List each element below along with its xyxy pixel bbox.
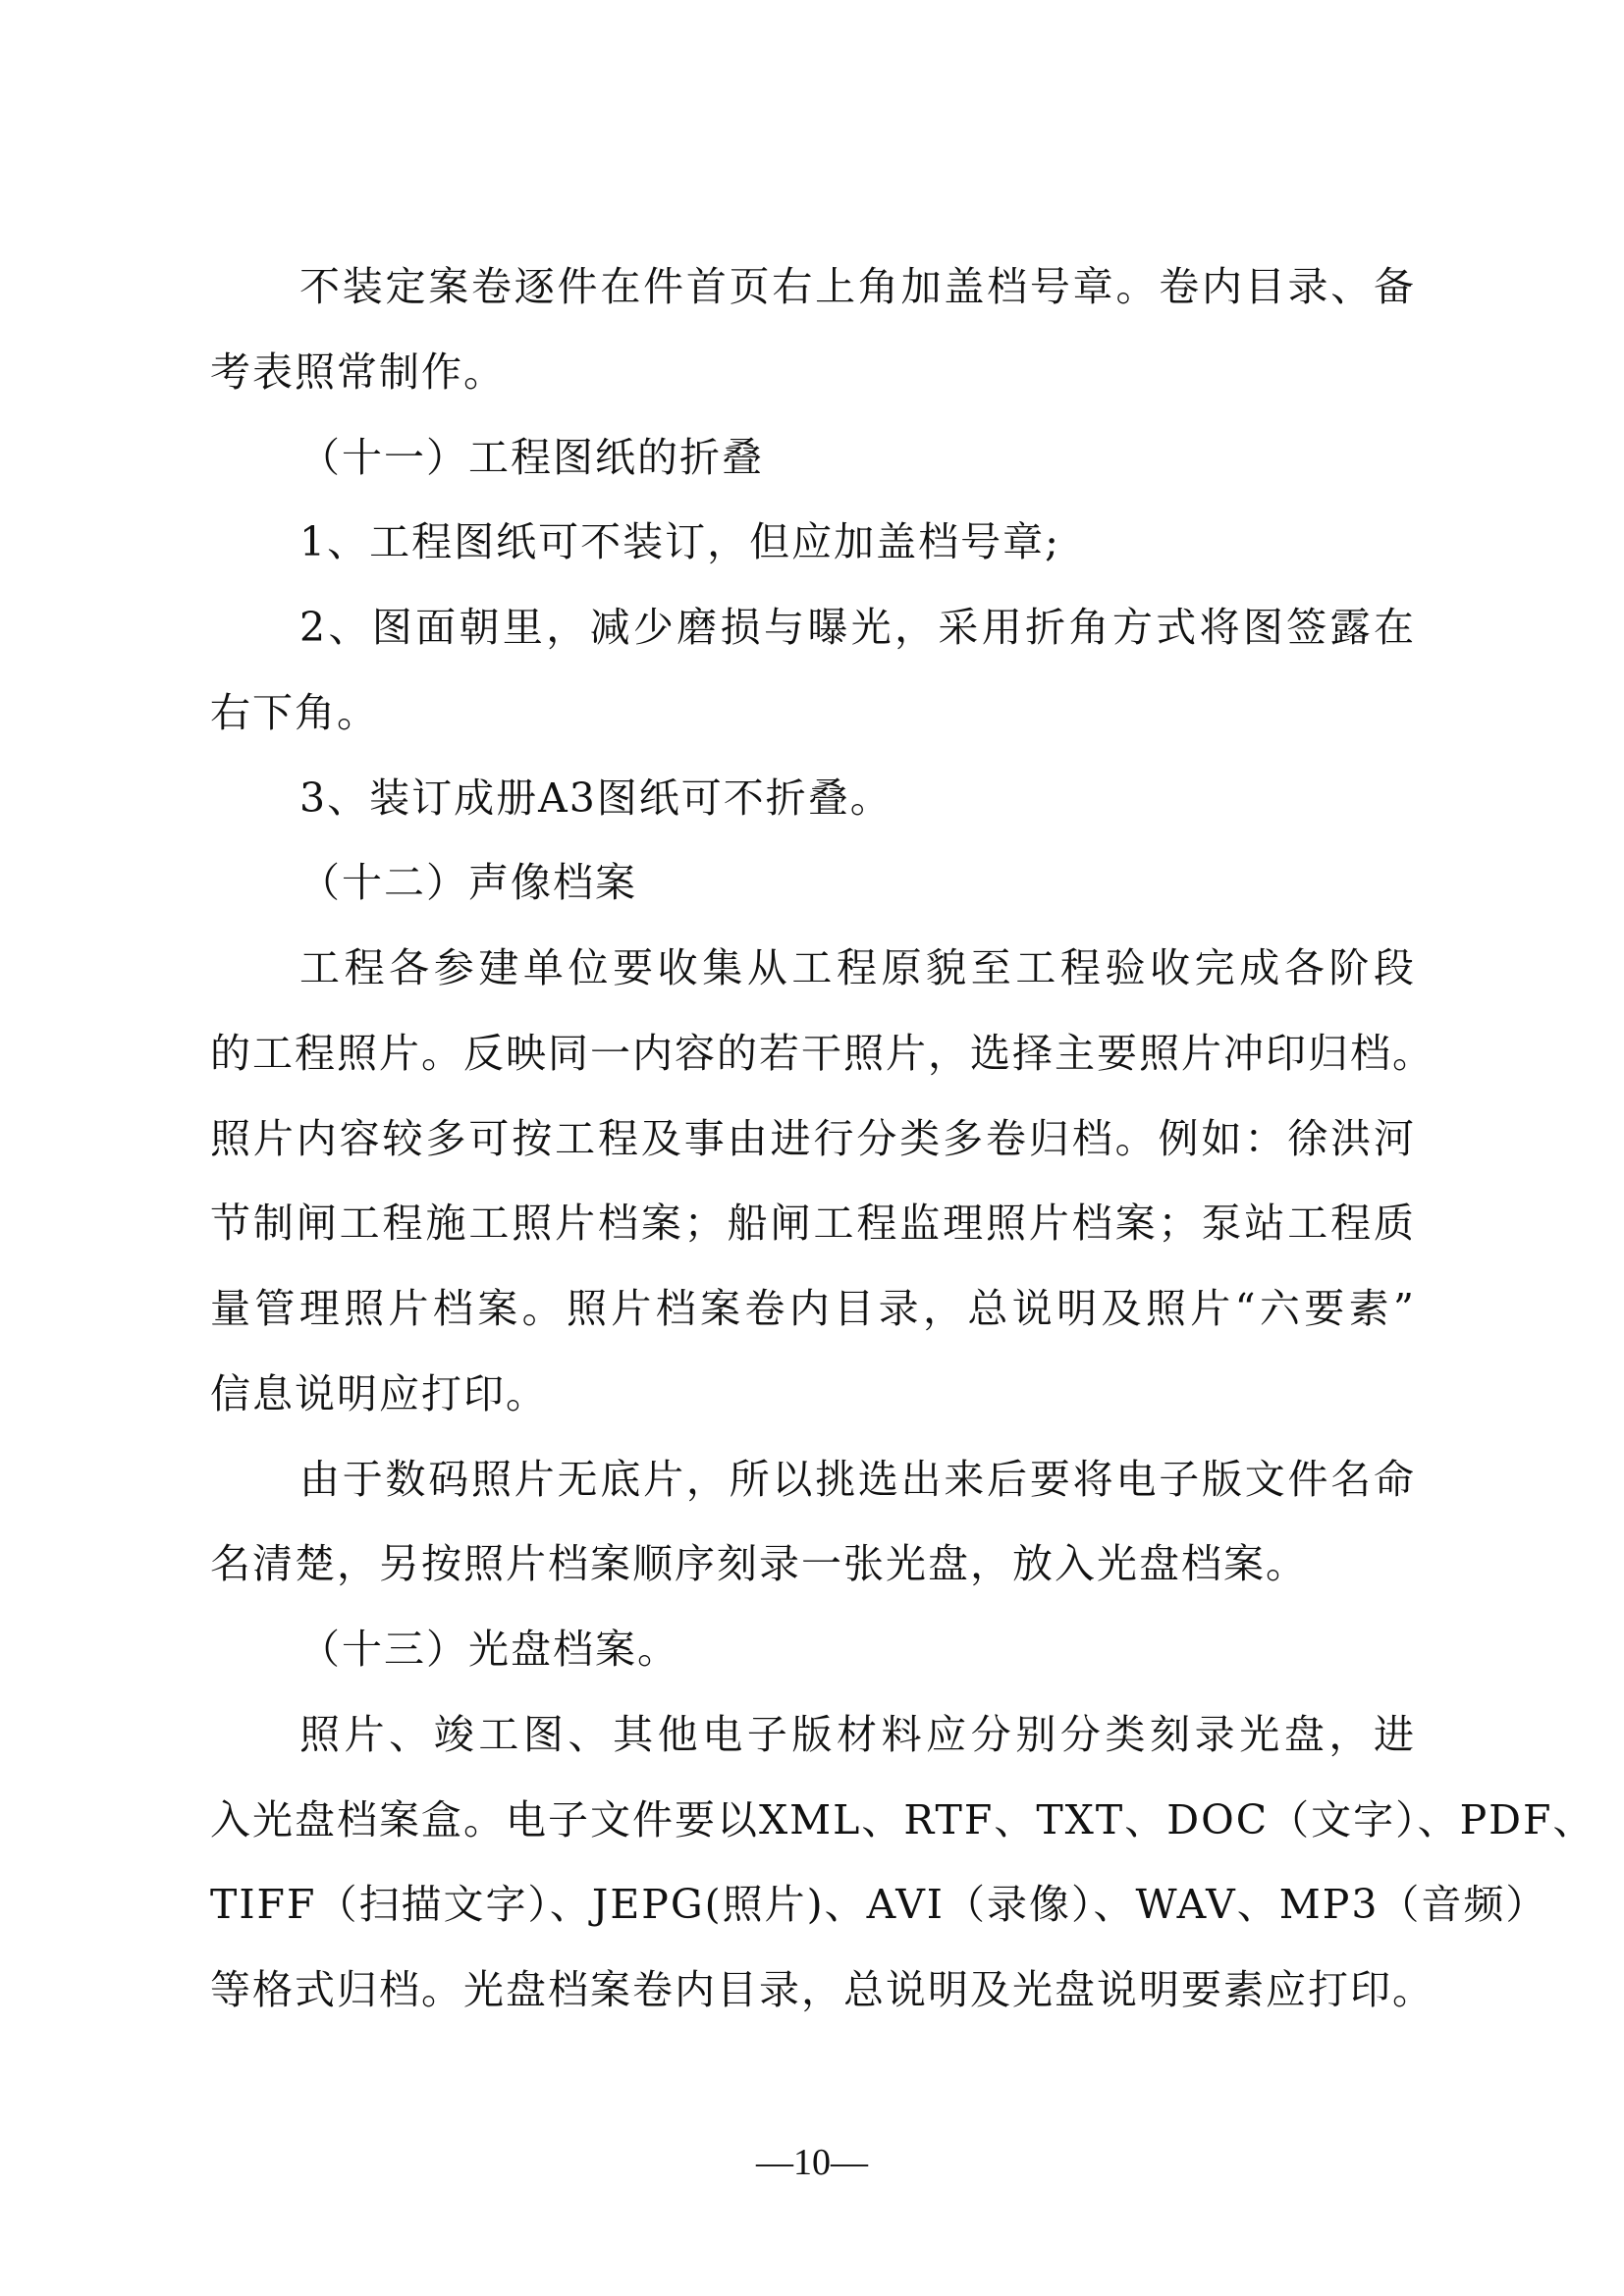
section-heading: （十一）工程图纸的折叠 [299,428,1416,487]
section-heading: （十三）光盘档案。 [299,1620,1416,1679]
paragraph-line: TIFF（扫描文字）、JEPG(照片)、AVI（录像）、WAV、MP3（音频） [210,1875,1416,1934]
document-page: 不装定案卷逐件在件首页右上角加盖档号章。卷内目录、备 考表照常制作。 （十一）工… [0,0,1624,2296]
list-item: 2、图面朝里，减少磨损与曝光，采用折角方式将图签露在 [299,598,1416,657]
list-item: 3、装订成册A3图纸可不折叠。 [299,769,1416,828]
paragraph-line: 节制闸工程施工照片档案；船闸工程监理照片档案；泵站工程质 [210,1194,1416,1253]
paragraph-line: 名清楚，另按照片档案顺序刻录一张光盘，放入光盘档案。 [210,1534,1416,1593]
paragraph-line: 量管理照片档案。照片档案卷内目录，总说明及照片“六要素” [210,1279,1416,1338]
paragraph-line: 等格式归档。光盘档案卷内目录，总说明及光盘说明要素应打印。 [210,1960,1416,2019]
paragraph-line: 右下角。 [210,683,1416,742]
section-heading: （十二）声像档案 [299,853,1416,912]
paragraph-line: 入光盘档案盒。电子文件要以XML、RTF、TXT、DOC（文字）、PDF、 [210,1790,1416,1849]
list-item: 1、工程图纸可不装订，但应加盖档号章; [299,512,1416,571]
paragraph-line: 不装定案卷逐件在件首页右上角加盖档号章。卷内目录、备 [299,257,1416,316]
paragraph-line: 考表照常制作。 [210,343,1416,401]
paragraph-line: 由于数码照片无底片，所以挑选出来后要将电子版文件名命 [299,1450,1416,1509]
paragraph-line: 照片、竣工图、其他电子版材料应分别分类刻录光盘，进 [299,1705,1416,1764]
page-number: —10— [0,2143,1624,2182]
paragraph-line: 工程各参建单位要收集从工程原貌至工程验收完成各阶段 [299,938,1416,997]
paragraph-line: 信息说明应打印。 [210,1364,1416,1423]
paragraph-line: 照片内容较多可按工程及事由进行分类多卷归档。例如：徐洪河 [210,1109,1416,1168]
paragraph-line: 的工程照片。反映同一内容的若干照片，选择主要照片冲印归档。 [210,1024,1416,1083]
